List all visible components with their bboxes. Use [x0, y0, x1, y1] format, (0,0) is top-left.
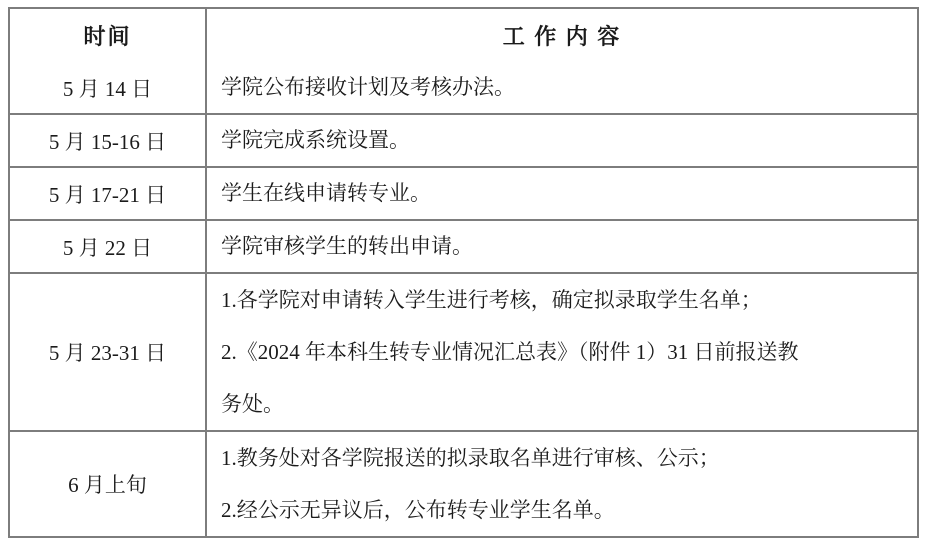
content-line: 务处。: [221, 378, 909, 430]
content-line: 2.《2024 年本科生转专业情况汇总表》（附件 1）31 日前报送教: [221, 326, 909, 378]
table-row: 5 月 23-31 日 1.各学院对申请转入学生进行考核，确定拟录取学生名单；2…: [10, 272, 917, 430]
content-cell: 学院完成系统设置。: [207, 115, 917, 166]
table-row: 5 月 14 日 学院公布接收计划及考核办法。: [10, 62, 917, 113]
content-cell: 学院公布接收计划及考核办法。: [207, 62, 917, 113]
table-row: 5 月 17-21 日 学生在线申请转专业。: [10, 166, 917, 219]
content-cell: 1.各学院对申请转入学生进行考核，确定拟录取学生名单；2.《2024 年本科生转…: [207, 274, 917, 430]
table-row: 6 月上旬 1.教务处对各学院报送的拟录取名单进行审核、公示；2.经公示无异议后…: [10, 430, 917, 536]
table-body: 5 月 14 日 学院公布接收计划及考核办法。 5 月 15-16 日 学院完成…: [10, 62, 917, 536]
content-line: 学生在线申请转专业。: [221, 168, 909, 219]
content-cell: 1.教务处对各学院报送的拟录取名单进行审核、公示；2.经公示无异议后，公布转专业…: [207, 432, 917, 536]
content-cell: 学生在线申请转专业。: [207, 168, 917, 219]
content-line: 学院完成系统设置。: [221, 115, 909, 166]
table-row: 5 月 22 日 学院审核学生的转出申请。: [10, 219, 917, 272]
content-line: 学院公布接收计划及考核办法。: [221, 62, 909, 113]
time-cell: 5 月 22 日: [10, 221, 207, 272]
table-row: 5 月 15-16 日 学院完成系统设置。: [10, 113, 917, 166]
content-line: 2.经公示无异议后，公布转专业学生名单。: [221, 484, 909, 536]
schedule-table: 时间 工 作 内 容 5 月 14 日 学院公布接收计划及考核办法。 5 月 1…: [8, 7, 919, 538]
content-cell: 学院审核学生的转出申请。: [207, 221, 917, 272]
header-content-cell: 工 作 内 容: [207, 9, 917, 62]
time-cell: 5 月 23-31 日: [10, 274, 207, 430]
content-line: 1.教务处对各学院报送的拟录取名单进行审核、公示；: [221, 432, 909, 484]
content-line: 学院审核学生的转出申请。: [221, 221, 909, 272]
time-cell: 5 月 17-21 日: [10, 168, 207, 219]
time-cell: 6 月上旬: [10, 432, 207, 536]
time-cell: 5 月 15-16 日: [10, 115, 207, 166]
content-line: 1.各学院对申请转入学生进行考核，确定拟录取学生名单；: [221, 274, 909, 326]
header-row: 时间 工 作 内 容: [10, 9, 917, 62]
time-cell: 5 月 14 日: [10, 62, 207, 113]
header-time-cell: 时间: [10, 9, 207, 62]
